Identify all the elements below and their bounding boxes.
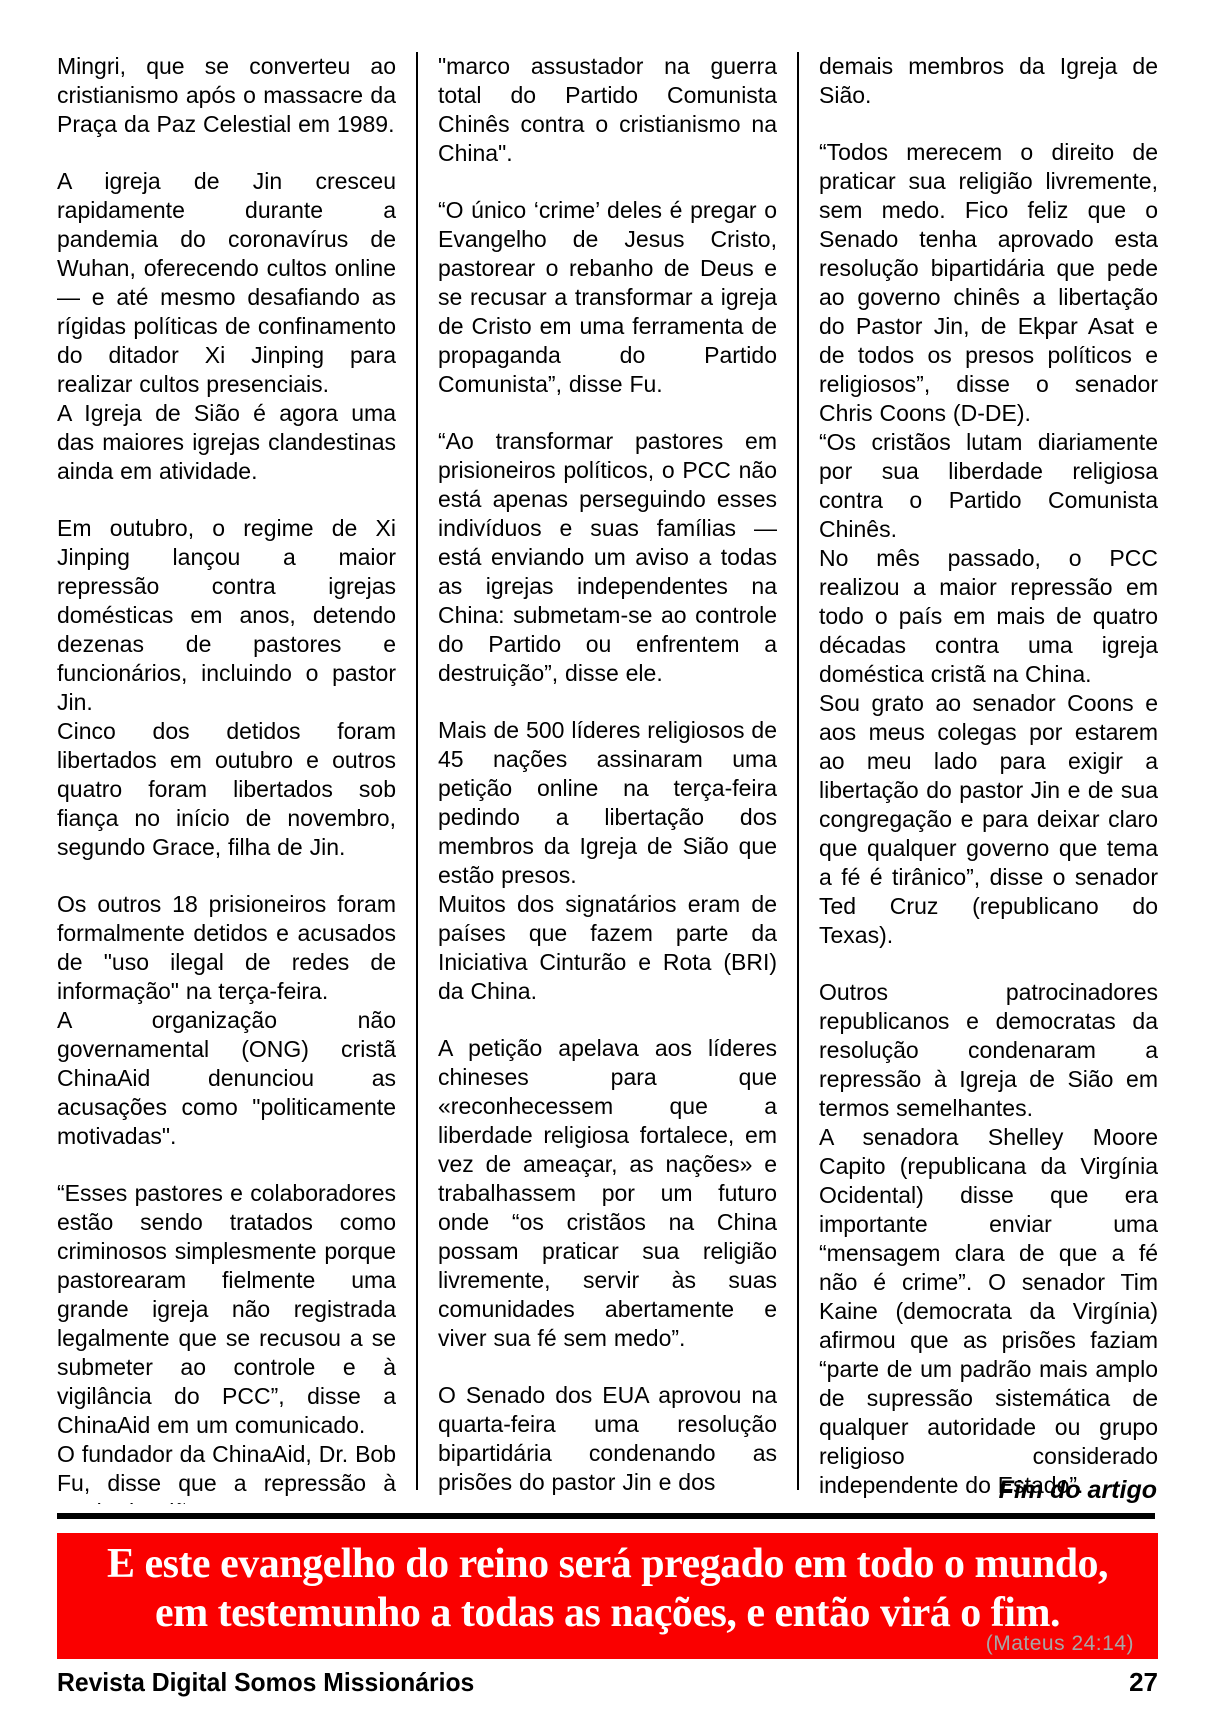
article-paragraph: Cinco dos detidos foram libertados em ou…	[57, 717, 396, 862]
article-paragraph: A senadora Shelley Moore Capito (republi…	[819, 1123, 1158, 1500]
article-paragraph: Outros patrocinadores republicanos e dem…	[819, 978, 1158, 1123]
article-paragraph: O fundador da ChinaAid, Dr. Bob Fu, diss…	[57, 1440, 396, 1504]
article-column-3: demais membros da Igreja de Sião.“Todos …	[819, 52, 1158, 1504]
article-column-1: Mingri, que se converteu ao cristianismo…	[57, 52, 396, 1504]
article-columns: Mingri, que se converteu ao cristianismo…	[57, 52, 1158, 1504]
article-paragraph: Os outros 18 prisioneiros foram formalme…	[57, 890, 396, 1006]
article-paragraph: “Esses pastores e colaboradores estão se…	[57, 1179, 396, 1440]
article-paragraph: Muitos dos signatários eram de países qu…	[438, 890, 777, 1006]
article-paragraph: A petição apelava aos líderes chineses p…	[438, 1034, 777, 1353]
article-paragraph: "marco assustador na guerra total do Par…	[438, 52, 777, 168]
article-paragraph: Mais de 500 líderes religiosos de 45 naç…	[438, 716, 777, 890]
article-paragraph: A igreja de Jin cresceu rapidamente dura…	[57, 167, 396, 399]
article-column-2: "marco assustador na guerra total do Par…	[438, 52, 777, 1504]
magazine-page: Mingri, que se converteu ao cristianismo…	[0, 0, 1215, 1720]
article-paragraph: O Senado dos EUA aprovou na quarta-feira…	[438, 1381, 777, 1497]
article-paragraph: Sou grato ao senador Coons e aos meus co…	[819, 689, 1158, 950]
article-paragraph: “O único ‘crime’ deles é pregar o Evange…	[438, 196, 777, 399]
article-paragraph: “Ao transformar pastores em prisioneiros…	[438, 427, 777, 688]
page-footer: Revista Digital Somos Missionários 27	[57, 1667, 1158, 1701]
verse-line-2: em testemunho a todas as nações, e então…	[57, 1589, 1158, 1638]
article-paragraph: demais membros da Igreja de Sião.	[819, 52, 1158, 110]
verse-line-1: E este evangelho do reino será pregado e…	[57, 1533, 1158, 1589]
article-paragraph: Em outubro, o regime de Xi Jinping lanço…	[57, 514, 396, 717]
article-paragraph: A Igreja de Sião é agora uma das maiores…	[57, 399, 396, 486]
article-paragraph: Mingri, que se converteu ao cristianismo…	[57, 52, 396, 139]
verse-reference: (Mateus 24:14)	[986, 1632, 1134, 1656]
horizontal-rule	[57, 1513, 1155, 1519]
column-divider-2	[797, 52, 799, 1490]
article-paragraph: A organização não governamental (ONG) cr…	[57, 1006, 396, 1151]
column-divider-1	[416, 52, 418, 1490]
article-paragraph: No mês passado, o PCC realizou a maior r…	[819, 544, 1158, 689]
page-number: 27	[1129, 1667, 1158, 1698]
end-of-article-note: Fim do artigo	[999, 1476, 1157, 1505]
publication-name: Revista Digital Somos Missionários	[57, 1667, 474, 1698]
verse-banner: E este evangelho do reino será pregado e…	[57, 1533, 1158, 1659]
article-paragraph: “Os cristãos lutam diariamente por sua l…	[819, 428, 1158, 544]
article-paragraph: “Todos merecem o direito de praticar sua…	[819, 138, 1158, 428]
